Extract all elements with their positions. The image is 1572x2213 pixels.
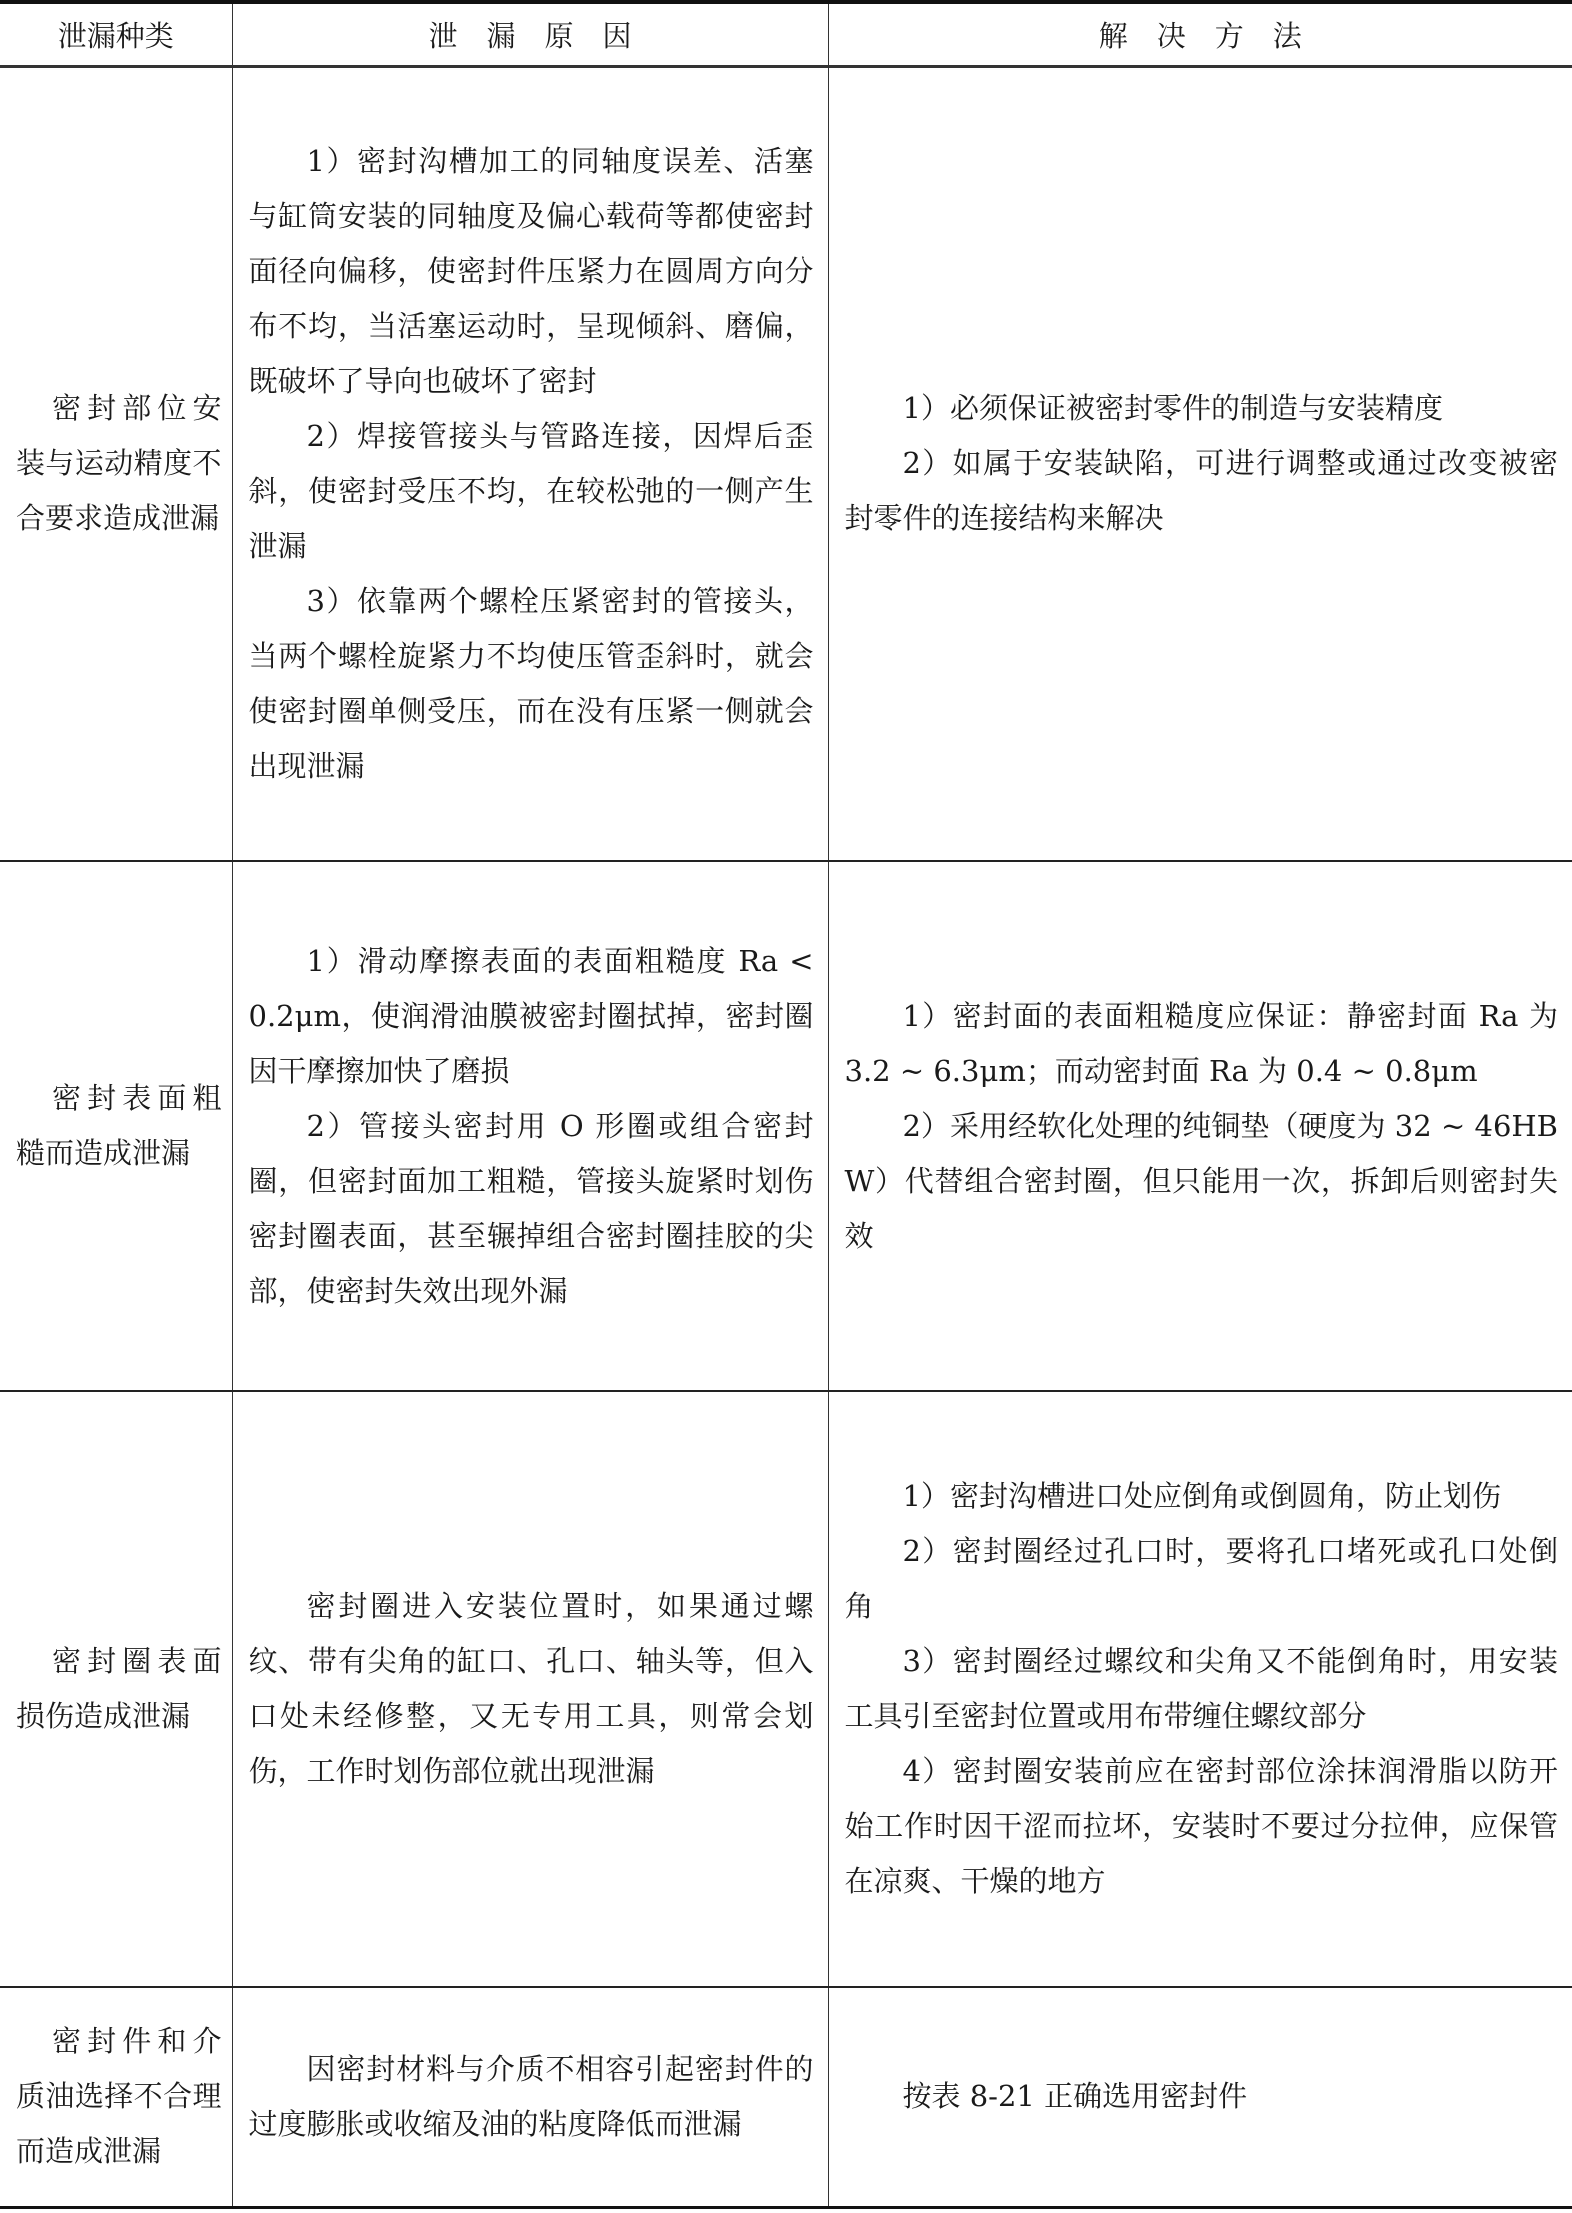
table-body: 密封部位安装与运动精度不合要求造成泄漏 1）密封沟槽加工的同轴度误差、活塞与缸筒… (0, 66, 1572, 2207)
solution-item: 按表 8-21 正确选用密封件 (845, 2069, 1559, 2124)
solution-item: 4）密封圈安装前应在密封部位涂抹润滑脂以防开始工作时因干涩而拉坏，安装时不要过分… (845, 1744, 1559, 1909)
table-header: 泄漏种类 泄 漏 原 因 解 决 方 法 (0, 2, 1572, 66)
cause-item: 1）密封沟槽加工的同轴度误差、活塞与缸筒安装的同轴度及偏心载荷等都使密封面径向偏… (249, 134, 814, 409)
header-leak-cause: 泄 漏 原 因 (232, 2, 828, 66)
solution-cell: 1）必须保证被密封零件的制造与安装精度 2）如属于安装缺陷，可进行调整或通过改变… (828, 66, 1572, 861)
cause-cell: 1）密封沟槽加工的同轴度误差、活塞与缸筒安装的同轴度及偏心载荷等都使密封面径向偏… (232, 66, 828, 861)
cause-item: 3）依靠两个螺栓压紧密封的管接头，当两个螺栓旋紧力不均使压管歪斜时，就会使密封圈… (249, 574, 814, 794)
solution-item: 1）密封沟槽进口处应倒角或倒圆角，防止划伤 (845, 1469, 1559, 1524)
leak-type-cell: 密封件和介质油选择不合理而造成泄漏 (0, 1987, 232, 2207)
solution-cell: 1）密封沟槽进口处应倒角或倒圆角，防止划伤 2）密封圈经过孔口时，要将孔口堵死或… (828, 1391, 1572, 1987)
table-row: 密封部位安装与运动精度不合要求造成泄漏 1）密封沟槽加工的同轴度误差、活塞与缸筒… (0, 66, 1572, 861)
table-row: 密封表面粗糙而造成泄漏 1）滑动摩擦表面的表面粗糙度 Ra < 0.2μm，使润… (0, 861, 1572, 1391)
solution-item: 1）必须保证被密封零件的制造与安装精度 (845, 381, 1559, 436)
solution-item: 2）如属于安装缺陷，可进行调整或通过改变被密封零件的连接结构来解决 (845, 436, 1559, 546)
solution-item: 2）密封圈经过孔口时，要将孔口堵死或孔口处倒角 (845, 1524, 1559, 1634)
cause-cell: 因密封材料与介质不相容引起密封件的过度膨胀或收缩及油的粘度降低而泄漏 (232, 1987, 828, 2207)
leak-type-cell: 密封部位安装与运动精度不合要求造成泄漏 (0, 66, 232, 861)
solution-item: 3）密封圈经过螺纹和尖角又不能倒角时，用安装工具引至密封位置或用布带缠住螺纹部分 (845, 1634, 1559, 1744)
leakage-table: 泄漏种类 泄 漏 原 因 解 决 方 法 密封部位安装与运动精度不合要求造成泄漏… (0, 0, 1572, 2209)
header-leak-type: 泄漏种类 (0, 2, 232, 66)
cause-cell: 密封圈进入安装位置时，如果通过螺纹、带有尖角的缸口、孔口、轴头等，但入口处未经修… (232, 1391, 828, 1987)
cause-cell: 1）滑动摩擦表面的表面粗糙度 Ra < 0.2μm，使润滑油膜被密封圈拭掉，密封… (232, 861, 828, 1391)
solution-item: 1）密封面的表面粗糙度应保证：静密封面 Ra 为 3.2 ~ 6.3μm；而动密… (845, 989, 1559, 1099)
cause-item: 因密封材料与介质不相容引起密封件的过度膨胀或收缩及油的粘度降低而泄漏 (249, 2042, 814, 2152)
leak-type-cell: 密封圈表面损伤造成泄漏 (0, 1391, 232, 1987)
header-solution: 解 决 方 法 (828, 2, 1572, 66)
table-row: 密封圈表面损伤造成泄漏 密封圈进入安装位置时，如果通过螺纹、带有尖角的缸口、孔口… (0, 1391, 1572, 1987)
solution-cell: 按表 8-21 正确选用密封件 (828, 1987, 1572, 2207)
cause-item: 密封圈进入安装位置时，如果通过螺纹、带有尖角的缸口、孔口、轴头等，但入口处未经修… (249, 1579, 814, 1799)
header-row: 泄漏种类 泄 漏 原 因 解 决 方 法 (0, 2, 1572, 66)
table-row: 密封件和介质油选择不合理而造成泄漏 因密封材料与介质不相容引起密封件的过度膨胀或… (0, 1987, 1572, 2207)
leak-type-cell: 密封表面粗糙而造成泄漏 (0, 861, 232, 1391)
cause-item: 2）焊接管接头与管路连接，因焊后歪斜，使密封受压不均，在较松弛的一侧产生泄漏 (249, 409, 814, 574)
cause-item: 2）管接头密封用 O 形圈或组合密封圈，但密封面加工粗糙，管接头旋紧时划伤密封圈… (249, 1099, 814, 1319)
cause-item: 1）滑动摩擦表面的表面粗糙度 Ra < 0.2μm，使润滑油膜被密封圈拭掉，密封… (249, 934, 814, 1099)
solution-cell: 1）密封面的表面粗糙度应保证：静密封面 Ra 为 3.2 ~ 6.3μm；而动密… (828, 861, 1572, 1391)
solution-item: 2）采用经软化处理的纯铜垫（硬度为 32 ~ 46HBW）代替组合密封圈，但只能… (845, 1099, 1559, 1264)
